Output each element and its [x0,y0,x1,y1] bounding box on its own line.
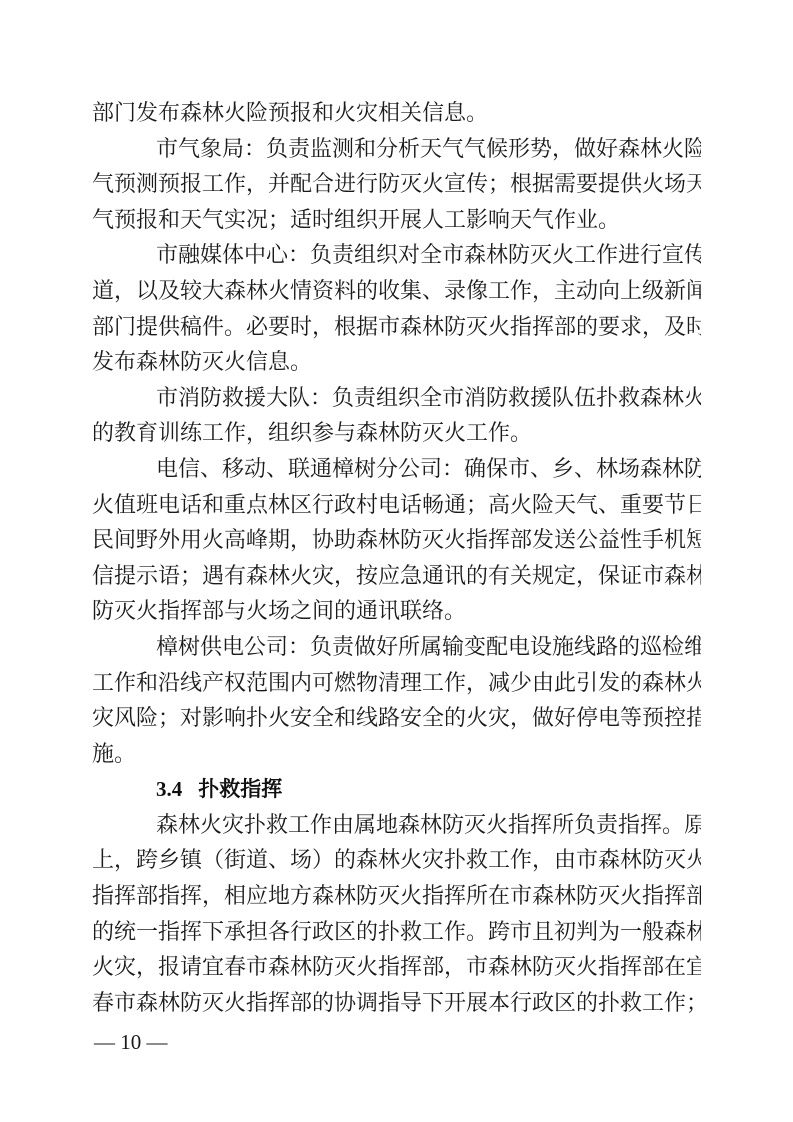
text-line: 电信、移动、联通樟树分公司：确保市、乡、林场森林防灭 [92,452,701,488]
text-line: 市消防救援大队：负责组织全市消防救援队伍扑救森林火灾 [92,381,701,417]
text-line: 上，跨乡镇（街道、场）的森林火灾扑救工作，由市森林防灭火 [92,843,701,879]
text-line: 工作和沿线产权范围内可燃物清理工作，减少由此引发的森林火 [92,666,701,702]
section-title: 扑救指挥 [198,777,282,801]
text-line: 部门提供稿件。必要时，根据市森林防灭火指挥部的要求，及时 [92,310,701,346]
text-line: 道，以及较大森林火情资料的收集、录像工作，主动向上级新闻 [92,274,701,310]
paragraph-block-1: 部门发布森林火险预报和火灾相关信息。 市气象局：负责监测和分析天气气候形势，做好… [92,96,701,772]
text-line: 市气象局：负责监测和分析天气气候形势，做好森林火险天 [92,132,701,168]
text-line: 火灾，报请宜春市森林防灭火指挥部，市森林防灭火指挥部在宜 [92,950,701,986]
text-line: 施。 [92,737,701,773]
text-line: 灾风险；对影响扑火安全和线路安全的火灾，做好停电等预控措 [92,701,701,737]
section-heading: 3.4扑救指挥 [92,772,701,808]
text-line: 指挥部指挥，相应地方森林防灭火指挥所在市森林防灭火指挥部 [92,879,701,915]
text-line: 气预报和天气实况；适时组织开展人工影响天气作业。 [92,203,701,239]
section-number: 3.4 [156,777,182,801]
text-line: 气预测预报工作，并配合进行防灭火宣传；根据需要提供火场天 [92,167,701,203]
text-line: 市融媒体中心：负责组织对全市森林防灭火工作进行宣传报 [92,238,701,274]
text-line: 春市森林防灭火指挥部的协调指导下开展本行政区的扑救工作； [92,986,701,1022]
text-line: 的统一指挥下承担各行政区的扑救工作。跨市且初判为一般森林 [92,915,701,951]
paragraph-block-2: 森林火灾扑救工作由属地森林防灭火指挥所负责指挥。原则 上，跨乡镇（街道、场）的森… [92,808,701,1022]
text-line: 信提示语；遇有森林火灾，按应急通讯的有关规定，保证市森林 [92,559,701,595]
text-line: 火值班电话和重点林区行政村电话畅通；高火险天气、重要节日、 [92,488,701,524]
text-line: 的教育训练工作，组织参与森林防灭火工作。 [92,416,701,452]
text-line: 部门发布森林火险预报和火灾相关信息。 [92,96,701,132]
text-line: 民间野外用火高峰期，协助森林防灭火指挥部发送公益性手机短 [92,523,701,559]
text-line: 樟树供电公司：负责做好所属输变配电设施线路的巡检维护 [92,630,701,666]
text-line: 森林火灾扑救工作由属地森林防灭火指挥所负责指挥。原则 [92,808,701,844]
document-page: 部门发布森林火险预报和火灾相关信息。 市气象局：负责监测和分析天气气候形势，做好… [92,96,701,1021]
page-number: — 10 — [94,1030,168,1055]
text-line: 防灭火指挥部与火场之间的通讯联络。 [92,594,701,630]
text-line: 发布森林防灭火信息。 [92,345,701,381]
